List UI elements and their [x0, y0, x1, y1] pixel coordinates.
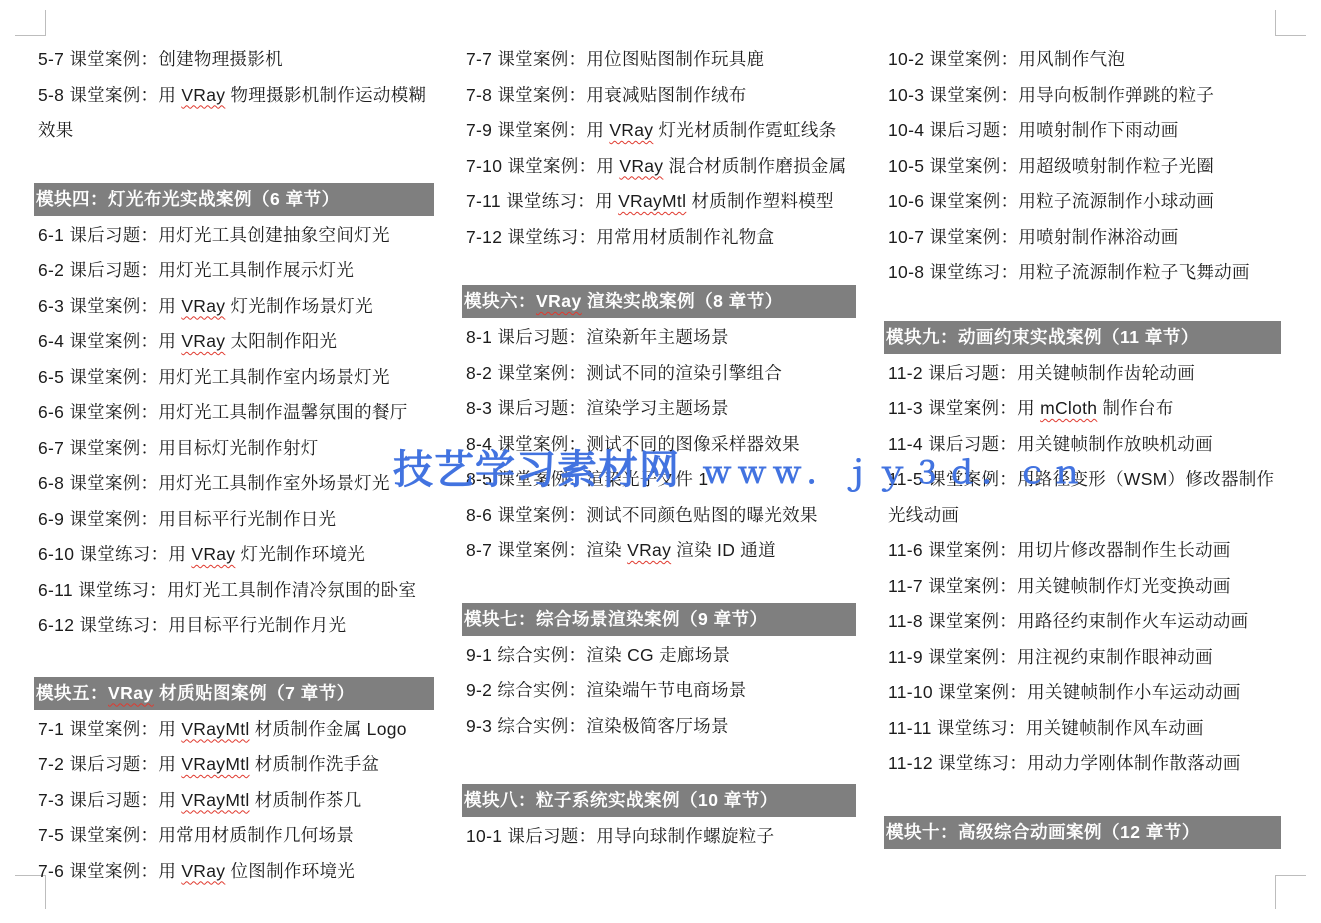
text-run: 渲染实战案例（8 章节） [582, 291, 783, 311]
text-run: 8-5 课堂案例：渲染光子文件 1 [466, 469, 708, 489]
course-item: 11-11 课堂练习：用关键帧制作风车动画 [884, 711, 1281, 747]
course-item: 6-6 课堂案例：用灯光工具制作温馨氛围的餐厅 [34, 395, 434, 431]
text-run: 混合材质制作磨损金属 [663, 156, 846, 176]
text-run: 9-2 综合实例：渲染端午节电商场景 [466, 680, 747, 700]
text-run: 8-6 课堂案例：测试不同颜色贴图的曝光效果 [466, 505, 818, 525]
spellcheck-flagged-word: VRay [609, 120, 653, 140]
text-run: 模块十：高级综合动画案例（12 章节） [886, 822, 1200, 842]
text-run: 8-7 课堂案例：渲染 [466, 540, 627, 560]
spellcheck-flagged-word: VRayMtl [181, 719, 249, 739]
text-run: 材质制作金属 Logo [250, 719, 407, 739]
text-run: 8-3 课后习题：渲染学习主题场景 [466, 398, 729, 418]
module-header: 模块九：动画约束实战案例（11 章节） [884, 321, 1281, 354]
text-run: 11-11 课堂练习：用关键帧制作风车动画 [888, 718, 1204, 738]
course-item: 10-1 课后习题：用导向球制作螺旋粒子 [462, 819, 856, 855]
text-run: 灯光材质制作霓虹线条 [653, 120, 836, 140]
spellcheck-flagged-word: VRay [181, 861, 225, 881]
course-item: 8-7 课堂案例：渲染 VRay 渲染 ID 通道 [462, 533, 856, 569]
course-item: 6-3 课堂案例：用 VRay 灯光制作场景灯光 [34, 289, 434, 325]
course-item: 8-1 课后习题：渲染新年主题场景 [462, 320, 856, 356]
text-run: 10-4 课后习题：用喷射制作下雨动画 [888, 120, 1179, 140]
text-run: 材质制作茶几 [250, 790, 362, 810]
text-run: 模块九：动画约束实战案例（11 章节） [886, 327, 1199, 347]
course-item: 8-6 课堂案例：测试不同颜色贴图的曝光效果 [462, 498, 856, 534]
text-run: 5-8 课堂案例：用 [38, 85, 181, 105]
spellcheck-flagged-word: VRay [181, 331, 225, 351]
text-run: 7-2 课后习题：用 [38, 754, 181, 774]
text-run: 7-10 课堂案例：用 [466, 156, 619, 176]
module-header: 模块六：VRay 渲染实战案例（8 章节） [462, 285, 856, 318]
spellcheck-flagged-word: VRay [619, 156, 663, 176]
course-item: 8-3 课后习题：渲染学习主题场景 [462, 391, 856, 427]
text-run: 11-4 课后习题：用关键帧制作放映机动画 [888, 434, 1213, 454]
text-run: 10-5 课堂案例：用超级喷射制作粒子光圈 [888, 156, 1214, 176]
text-run: 11-10 课堂案例：用关键帧制作小车运动动画 [888, 682, 1241, 702]
spellcheck-flagged-word: VRayMtl [181, 754, 249, 774]
crop-mark-top-left [15, 10, 46, 36]
course-item: 8-5 课堂案例：渲染光子文件 1 [462, 462, 856, 498]
course-item: 10-6 课堂案例：用粒子流源制作小球动画 [884, 184, 1281, 220]
text-run: 6-4 课堂案例：用 [38, 331, 181, 351]
course-item: 6-9 课堂案例：用目标平行光制作日光 [34, 502, 434, 538]
course-item: 9-3 综合实例：渲染极简客厅场景 [462, 709, 856, 745]
text-run: 10-2 课堂案例：用风制作气泡 [888, 49, 1125, 69]
text-run: 8-2 课堂案例：测试不同的渲染引擎组合 [466, 363, 782, 383]
course-item: 11-5 课堂案例：用路径变形（WSM）修改器制作光线动画 [884, 462, 1281, 533]
text-run: 7-11 课堂练习：用 [466, 191, 618, 211]
text-run: 11-6 课堂案例：用切片修改器制作生长动画 [888, 540, 1231, 560]
text-run: 模块四：灯光布光实战案例（6 章节） [36, 189, 340, 209]
text-run: 11-5 课堂案例：用路径变形（WSM）修改器制作光线动画 [888, 469, 1274, 525]
crop-mark-top-right [1275, 10, 1306, 36]
course-item: 7-11 课堂练习：用 VRayMtl 材质制作塑料模型 [462, 184, 856, 220]
course-item: 7-3 课后习题：用 VRayMtl 材质制作茶几 [34, 783, 434, 819]
course-item: 6-4 课堂案例：用 VRay 太阳制作阳光 [34, 324, 434, 360]
text-run: 模块七：综合场景渲染案例（9 章节） [464, 609, 768, 629]
course-item: 11-4 课后习题：用关键帧制作放映机动画 [884, 427, 1281, 463]
text-run: 模块六： [464, 291, 536, 311]
course-item: 5-7 课堂案例：创建物理摄影机 [34, 42, 434, 78]
text-run: 6-6 课堂案例：用灯光工具制作温馨氛围的餐厅 [38, 402, 408, 422]
text-run: 7-1 课堂案例：用 [38, 719, 181, 739]
text-run: 6-9 课堂案例：用目标平行光制作日光 [38, 509, 336, 529]
text-run: 位图制作环境光 [225, 861, 355, 881]
module-header: 模块四：灯光布光实战案例（6 章节） [34, 183, 434, 216]
spellcheck-flagged-word: VRay [181, 85, 225, 105]
course-item: 7-9 课堂案例：用 VRay 灯光材质制作霓虹线条 [462, 113, 856, 149]
text-run: 7-8 课堂案例：用衰减贴图制作绒布 [466, 85, 747, 105]
course-item: 10-2 课堂案例：用风制作气泡 [884, 42, 1281, 78]
text-run: 6-12 课堂练习：用目标平行光制作月光 [38, 615, 346, 635]
text-run: 渲染 ID 通道 [671, 540, 776, 560]
course-item: 10-5 课堂案例：用超级喷射制作粒子光圈 [884, 149, 1281, 185]
text-run: 灯光制作环境光 [235, 544, 365, 564]
crop-mark-bottom-right [1275, 875, 1306, 909]
spellcheck-flagged-word: VRay [536, 291, 582, 311]
text-run: 8-1 课后习题：渲染新年主题场景 [466, 327, 729, 347]
text-run: 6-3 课堂案例：用 [38, 296, 181, 316]
module-header: 模块五：VRay 材质贴图案例（7 章节） [34, 677, 434, 710]
text-run: 材质贴图案例（7 章节） [154, 683, 355, 703]
text-run: 9-1 综合实例：渲染 CG 走廊场景 [466, 645, 730, 665]
course-item: 8-2 课堂案例：测试不同的渲染引擎组合 [462, 356, 856, 392]
text-run: 材质制作洗手盆 [250, 754, 380, 774]
text-run: 7-3 课后习题：用 [38, 790, 181, 810]
text-run: 11-7 课堂案例：用关键帧制作灯光变换动画 [888, 576, 1231, 596]
course-item: 7-5 课堂案例：用常用材质制作几何场景 [34, 818, 434, 854]
course-item: 11-6 课堂案例：用切片修改器制作生长动画 [884, 533, 1281, 569]
text-run: 6-8 课堂案例：用灯光工具制作室外场景灯光 [38, 473, 390, 493]
spellcheck-flagged-word: VRay [191, 544, 235, 564]
text-run: 6-10 课堂练习：用 [38, 544, 191, 564]
course-item: 11-12 课堂练习：用动力学刚体制作散落动画 [884, 746, 1281, 782]
text-run: 10-3 课堂案例：用导向板制作弹跳的粒子 [888, 85, 1214, 105]
course-item: 8-4 课堂案例：测试不同的图像采样器效果 [462, 427, 856, 463]
text-run: 6-5 课堂案例：用灯光工具制作室内场景灯光 [38, 367, 390, 387]
text-run: 6-2 课后习题：用灯光工具制作展示灯光 [38, 260, 354, 280]
course-item: 11-2 课后习题：用关键帧制作齿轮动画 [884, 356, 1281, 392]
text-run: 6-7 课堂案例：用目标灯光制作射灯 [38, 438, 319, 458]
text-run: 制作台布 [1097, 398, 1173, 418]
spellcheck-flagged-word: mCloth [1040, 398, 1097, 418]
course-item: 10-7 课堂案例：用喷射制作淋浴动画 [884, 220, 1281, 256]
text-run: 8-4 课堂案例：测试不同的图像采样器效果 [466, 434, 800, 454]
text-run: 材质制作塑料模型 [686, 191, 834, 211]
module-header: 模块七：综合场景渲染案例（9 章节） [462, 603, 856, 636]
text-run: 11-9 课堂案例：用注视约束制作眼神动画 [888, 647, 1213, 667]
text-run: 5-7 课堂案例：创建物理摄影机 [38, 49, 283, 69]
course-item: 6-2 课后习题：用灯光工具制作展示灯光 [34, 253, 434, 289]
text-run: 11-2 课后习题：用关键帧制作齿轮动画 [888, 363, 1195, 383]
column-left: 5-7 课堂案例：创建物理摄影机5-8 课堂案例：用 VRay 物理摄影机制作运… [34, 42, 434, 889]
course-item: 11-10 课堂案例：用关键帧制作小车运动动画 [884, 675, 1281, 711]
text-run: 7-5 课堂案例：用常用材质制作几何场景 [38, 825, 354, 845]
course-item: 5-8 课堂案例：用 VRay 物理摄影机制作运动模糊效果 [34, 78, 434, 149]
course-item: 11-9 课堂案例：用注视约束制作眼神动画 [884, 640, 1281, 676]
course-item: 9-2 综合实例：渲染端午节电商场景 [462, 673, 856, 709]
text-run: 10-6 课堂案例：用粒子流源制作小球动画 [888, 191, 1214, 211]
course-item: 7-8 课堂案例：用衰减贴图制作绒布 [462, 78, 856, 114]
course-item: 10-3 课堂案例：用导向板制作弹跳的粒子 [884, 78, 1281, 114]
document-page: 5-7 课堂案例：创建物理摄影机5-8 课堂案例：用 VRay 物理摄影机制作运… [0, 0, 1321, 923]
course-item: 11-7 课堂案例：用关键帧制作灯光变换动画 [884, 569, 1281, 605]
course-item: 10-4 课后习题：用喷射制作下雨动画 [884, 113, 1281, 149]
column-right: 10-2 课堂案例：用风制作气泡10-3 课堂案例：用导向板制作弹跳的粒子10-… [884, 42, 1281, 851]
spellcheck-flagged-word: VRay [181, 296, 225, 316]
text-run: 7-6 课堂案例：用 [38, 861, 181, 881]
text-run: 模块八：粒子系统实战案例（10 章节） [464, 790, 778, 810]
text-run: 7-7 课堂案例：用位图贴图制作玩具鹿 [466, 49, 764, 69]
course-item: 11-3 课堂案例：用 mCloth 制作台布 [884, 391, 1281, 427]
spellcheck-flagged-word: VRay [627, 540, 671, 560]
spellcheck-flagged-word: VRayMtl [618, 191, 686, 211]
course-item: 6-7 课堂案例：用目标灯光制作射灯 [34, 431, 434, 467]
course-item: 7-12 课堂练习：用常用材质制作礼物盒 [462, 220, 856, 256]
course-item: 6-1 课后习题：用灯光工具创建抽象空间灯光 [34, 218, 434, 254]
course-item: 10-8 课堂练习：用粒子流源制作粒子飞舞动画 [884, 255, 1281, 291]
text-run: 10-1 课后习题：用导向球制作螺旋粒子 [466, 826, 774, 846]
module-header: 模块八：粒子系统实战案例（10 章节） [462, 784, 856, 817]
column-middle: 7-7 课堂案例：用位图贴图制作玩具鹿7-8 课堂案例：用衰减贴图制作绒布7-9… [462, 42, 856, 855]
course-item: 9-1 综合实例：渲染 CG 走廊场景 [462, 638, 856, 674]
text-run: 6-1 课后习题：用灯光工具创建抽象空间灯光 [38, 225, 390, 245]
text-run: 模块五： [36, 683, 108, 703]
text-run: 6-11 课堂练习：用灯光工具制作清冷氛围的卧室 [38, 580, 416, 600]
spellcheck-flagged-word: VRayMtl [181, 790, 249, 810]
course-item: 6-12 课堂练习：用目标平行光制作月光 [34, 608, 434, 644]
text-run: 11-8 课堂案例：用路径约束制作火车运动动画 [888, 611, 1249, 631]
course-item: 7-7 课堂案例：用位图贴图制作玩具鹿 [462, 42, 856, 78]
course-item: 11-8 课堂案例：用路径约束制作火车运动动画 [884, 604, 1281, 640]
text-run: 11-12 课堂练习：用动力学刚体制作散落动画 [888, 753, 1241, 773]
course-item: 7-2 课后习题：用 VRayMtl 材质制作洗手盆 [34, 747, 434, 783]
course-item: 6-10 课堂练习：用 VRay 灯光制作环境光 [34, 537, 434, 573]
text-run: 11-3 课堂案例：用 [888, 398, 1040, 418]
spellcheck-flagged-word: VRay [108, 683, 154, 703]
text-run: 7-12 课堂练习：用常用材质制作礼物盒 [466, 227, 774, 247]
module-header: 模块十：高级综合动画案例（12 章节） [884, 816, 1281, 849]
text-run: 7-9 课堂案例：用 [466, 120, 609, 140]
text-run: 灯光制作场景灯光 [225, 296, 373, 316]
course-item: 6-8 课堂案例：用灯光工具制作室外场景灯光 [34, 466, 434, 502]
course-item: 7-1 课堂案例：用 VRayMtl 材质制作金属 Logo [34, 712, 434, 748]
text-run: 10-7 课堂案例：用喷射制作淋浴动画 [888, 227, 1179, 247]
course-item: 6-5 课堂案例：用灯光工具制作室内场景灯光 [34, 360, 434, 396]
course-item: 7-6 课堂案例：用 VRay 位图制作环境光 [34, 854, 434, 890]
text-run: 9-3 综合实例：渲染极简客厅场景 [466, 716, 729, 736]
course-item: 7-10 课堂案例：用 VRay 混合材质制作磨损金属 [462, 149, 856, 185]
text-run: 太阳制作阳光 [225, 331, 337, 351]
text-run: 10-8 课堂练习：用粒子流源制作粒子飞舞动画 [888, 262, 1250, 282]
course-item: 6-11 课堂练习：用灯光工具制作清冷氛围的卧室 [34, 573, 434, 609]
